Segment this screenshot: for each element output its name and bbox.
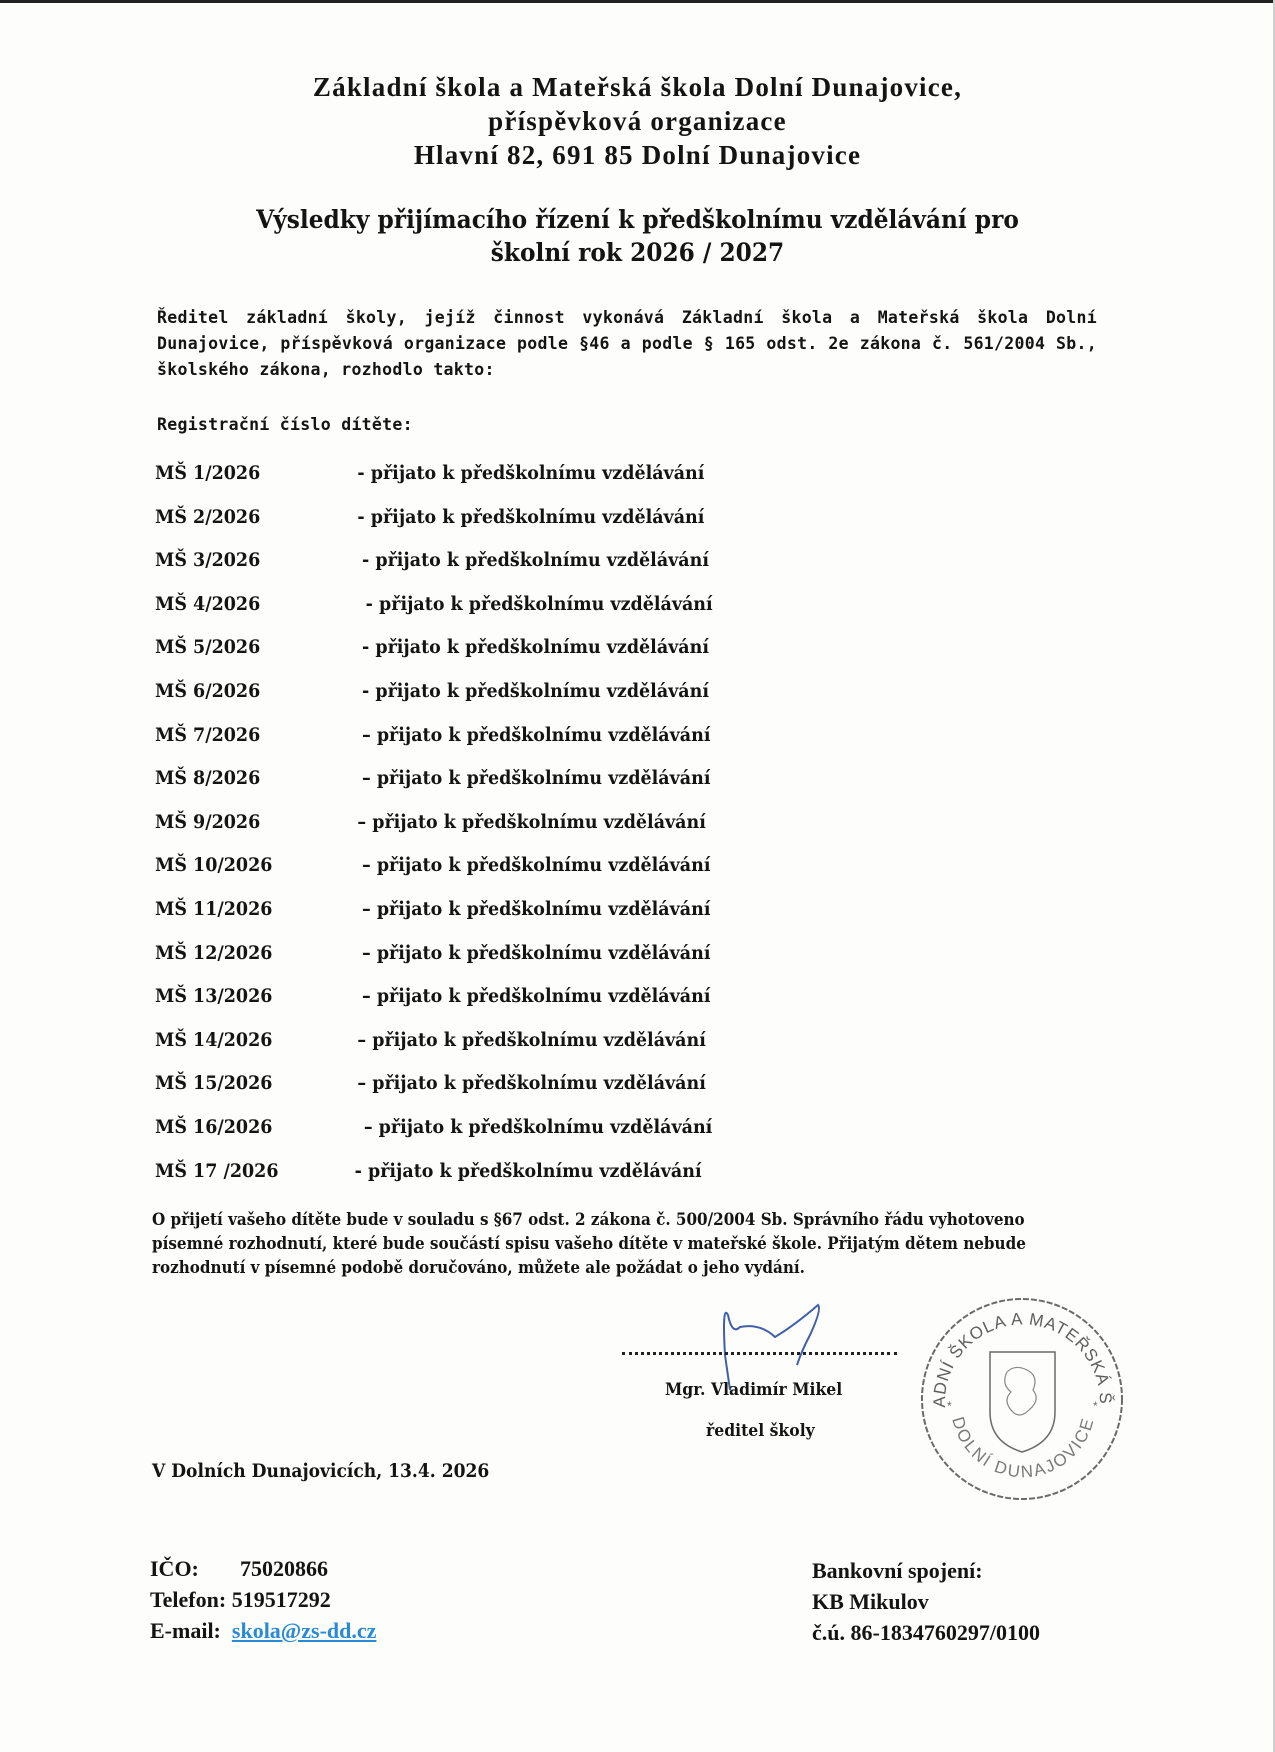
phone-label: Telefon: [150, 1584, 226, 1615]
school-name: Základní škola a Mateřská škola Dolní Du… [0, 70, 1275, 104]
email-link[interactable]: skola@zs-dd.cz [232, 1618, 377, 1643]
registration-number: MŠ 6/2026 [155, 680, 260, 702]
svg-text:DOLNÍ DUNAJOVICE: DOLNÍ DUNAJOVICE [948, 1415, 1098, 1482]
svg-text:*: * [1093, 1399, 1098, 1413]
admission-result: – přijato k předškolnímu vzdělávání [357, 1072, 705, 1094]
registration-number: MŠ 13/2026 [155, 985, 272, 1007]
school-address: Hlavní 82, 691 85 Dolní Dunajovice [0, 138, 1275, 172]
admission-result: – přijato k předškolnímu vzdělávání [362, 898, 710, 920]
intro-paragraph: Ředitel základní školy, jejíž činnost vy… [157, 305, 1097, 383]
place-and-date: V Dolních Dunajovicích, 13.4. 2026 [152, 1460, 489, 1482]
ico-row: IČO:75020866 [150, 1553, 376, 1584]
contact-block: IČO:75020866 Telefon: 519517292 E-mail: … [150, 1553, 376, 1646]
bank-label: Bankovní spojení: [812, 1555, 1040, 1586]
registration-number: MŠ 16/2026 [155, 1116, 272, 1138]
admission-result: - přijato k předškolnímu vzdělávání [362, 680, 709, 702]
admission-result: – přijato k předškolnímu vzdělávání [357, 811, 705, 833]
admission-result: – přijato k předškolnímu vzdělávání [362, 767, 710, 789]
registration-number: MŠ 8/2026 [155, 767, 260, 789]
school-org-type: příspěvková organizace [0, 104, 1275, 138]
email-row: E-mail: skola@zs-dd.cz [150, 1615, 376, 1646]
bank-block: Bankovní spojení: KB Mikulov č.ú. 86-183… [812, 1555, 1040, 1648]
admission-result: - přijato k předškolnímu vzdělávání [362, 549, 709, 571]
title-line-2: školní rok 2026 / 2027 [45, 236, 1231, 269]
phone-value: 519517292 [232, 1587, 331, 1612]
registration-number: MŠ 2/2026 [155, 506, 260, 528]
admission-result: – přijato k předškolnímu vzdělávání [357, 1029, 705, 1051]
registration-number: MŠ 10/2026 [155, 854, 272, 876]
title-line-1: Výsledky přijímacího řízení k předškolní… [45, 203, 1231, 236]
svg-text:*: * [947, 1399, 952, 1413]
admission-result: - přijato k předškolnímu vzdělávání [366, 593, 713, 615]
registration-number: MŠ 3/2026 [155, 549, 260, 571]
registration-number: MŠ 9/2026 [155, 811, 260, 833]
admission-result: - přijato k předškolnímu vzdělávání [357, 462, 704, 484]
registration-number: MŠ 14/2026 [155, 1029, 272, 1051]
school-header: Základní škola a Mateřská škola Dolní Du… [0, 70, 1275, 172]
admission-result: – přijato k předškolnímu vzdělávání [362, 854, 710, 876]
admission-result: – přijato k předškolnímu vzdělávání [362, 985, 710, 1007]
admission-result: – přijato k předškolnímu vzdělávání [362, 942, 710, 964]
bank-account: č.ú. 86-1834760297/0100 [812, 1617, 1040, 1648]
registration-number: MŠ 15/2026 [155, 1072, 272, 1094]
svg-text:ZÁKLADNÍ ŠKOLA A MATEŘSKÁ ŠKOL: ZÁKLADNÍ ŠKOLA A MATEŘSKÁ ŠKOLA [915, 1292, 1115, 1408]
registration-number: MŠ 4/2026 [155, 593, 260, 615]
ico-value: 75020866 [240, 1556, 328, 1581]
ico-label: IČO: [150, 1553, 240, 1584]
page-edge [0, 0, 1275, 3]
signatory-role: ředitel školy [706, 1421, 815, 1441]
school-stamp-icon: ZÁKLADNÍ ŠKOLA A MATEŘSKÁ ŠKOLA DOLNÍ DU… [915, 1292, 1130, 1507]
registration-label: Registrační číslo dítěte: [157, 415, 413, 434]
admission-result: – přijato k předškolnímu vzdělávání [364, 1116, 712, 1138]
signature-line [622, 1352, 897, 1355]
registration-number: MŠ 12/2026 [155, 942, 272, 964]
bank-name: KB Mikulov [812, 1586, 1040, 1617]
signatory-name: Mgr. Vladimír Mikel [665, 1380, 842, 1400]
registration-number: MŠ 5/2026 [155, 636, 260, 658]
notice-paragraph: O přijetí vašeho dítěte bude v souladu s… [152, 1208, 1026, 1280]
registration-number: MŠ 17 /2026 [155, 1160, 279, 1182]
admission-result: - přijato k předškolnímu vzdělávání [357, 506, 704, 528]
registration-number: MŠ 7/2026 [155, 724, 260, 746]
phone-row: Telefon: 519517292 [150, 1584, 376, 1615]
admission-result: – přijato k předškolnímu vzdělávání [362, 724, 710, 746]
document-title: Výsledky přijímacího řízení k předškolní… [45, 203, 1231, 269]
registration-number: MŠ 1/2026 [155, 462, 260, 484]
email-label: E-mail: [150, 1615, 221, 1646]
admission-result: - přijato k předškolnímu vzdělávání [355, 1160, 702, 1182]
admission-result: - přijato k předškolnímu vzdělávání [362, 636, 709, 658]
registration-number: MŠ 11/2026 [155, 898, 272, 920]
